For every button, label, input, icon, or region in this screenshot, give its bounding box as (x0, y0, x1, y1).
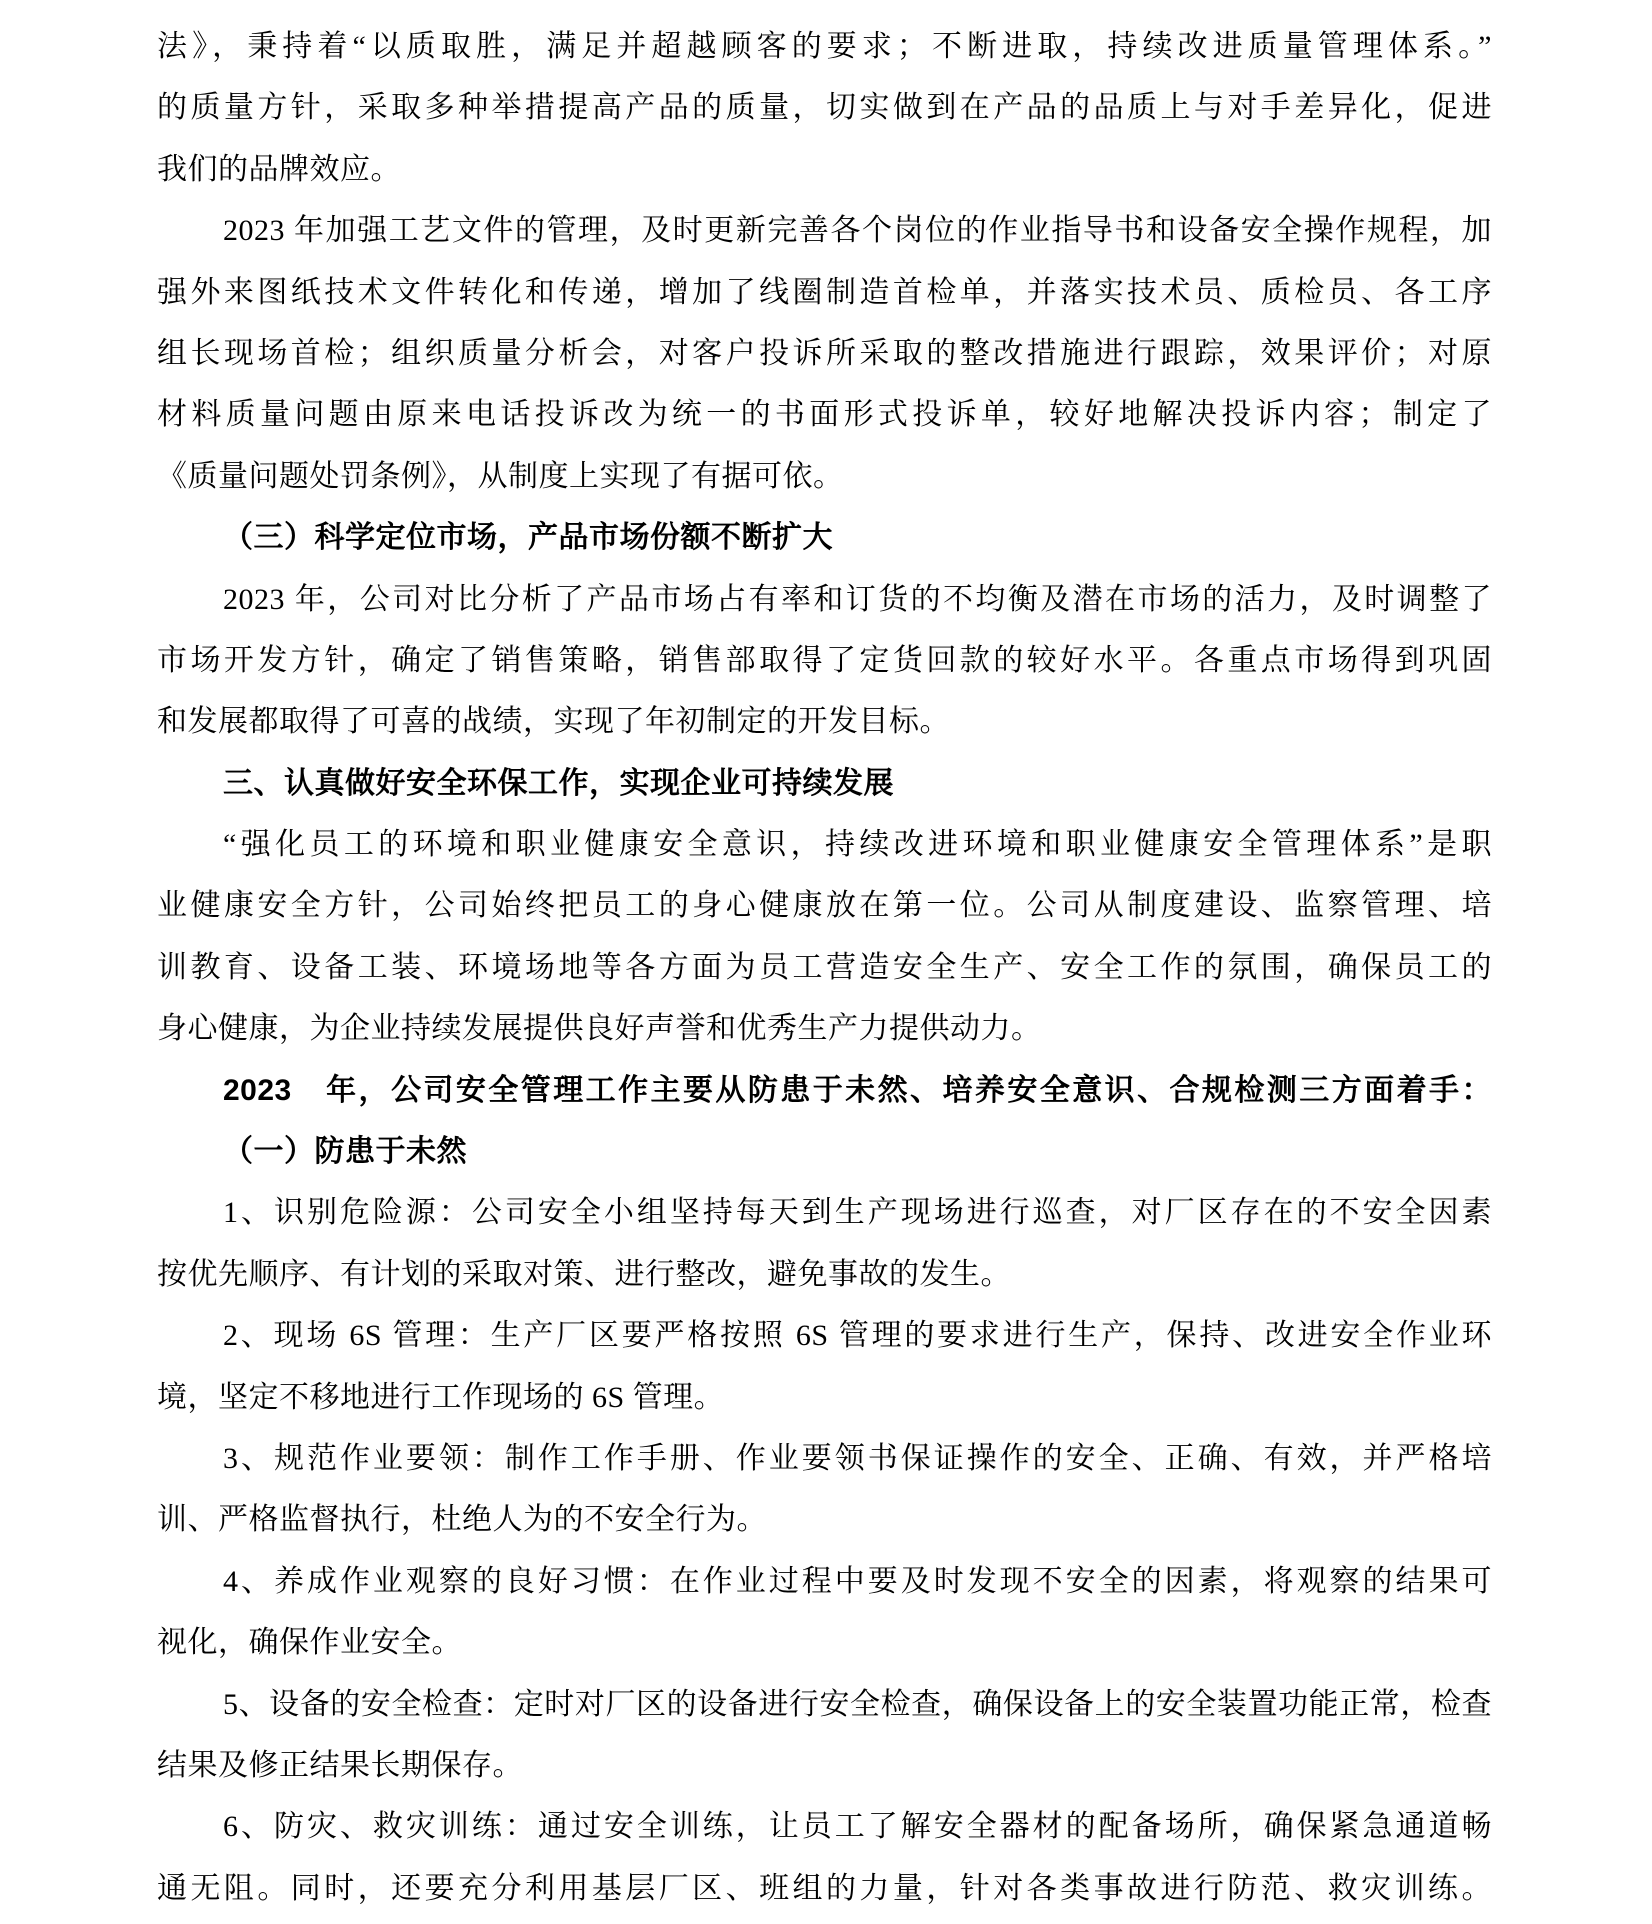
document-page: 法》，秉持着“以质取胜，满足并超越顾客的要求；不断进取，持续改进质量管理体系。”… (0, 0, 1652, 1924)
body-line: 训教育、设备工装、环境场地等各方面为员工营造安全生产、安全工作的氛围，确保员工的 (157, 937, 1492, 998)
body-line: 市场开发方针，确定了销售策略，销售部取得了定货回款的较好水平。各重点市场得到巩固 (157, 630, 1492, 691)
body-line: 视化，确保作业安全。 (157, 1612, 1492, 1673)
body-line: 境，坚定不移地进行工作现场的 6S 管理。 (157, 1367, 1492, 1428)
body-line: 3、规范作业要领：制作工作手册、作业要领书保证操作的安全、正确、有效，并严格培 (157, 1428, 1492, 1489)
body-line: 组长现场首检；组织质量分析会，对客户投诉所采取的整改措施进行跟踪，效果评价；对原 (157, 323, 1492, 384)
body-line: 按优先顺序、有计划的采取对策、进行整改，避免事故的发生。 (157, 1244, 1492, 1305)
body-line: 材料质量问题由原来电话投诉改为统一的书面形式投诉单，较好地解决投诉内容；制定了 (157, 384, 1492, 445)
body-line: 和发展都取得了可喜的战绩，实现了年初制定的开发目标。 (157, 691, 1492, 752)
body-line: “强化员工的环境和职业健康安全意识，持续改进环境和职业健康安全管理体系”是职 (157, 814, 1492, 875)
body-line: 强外来图纸技术文件转化和传递，增加了线圈制造首检单，并落实技术员、质检员、各工序 (157, 262, 1492, 323)
body-line: 2023 年，公司对比分析了产品市场占有率和订货的不均衡及潜在市场的活力，及时调… (157, 569, 1492, 630)
section-heading: （三）科学定位市场，产品市场份额不断扩大 (157, 507, 1492, 568)
body-line: 6、防灾、救灾训练：通过安全训练，让员工了解安全器材的配备场所，确保紧急通道畅 (157, 1796, 1492, 1857)
body-line: 4、养成作业观察的良好习惯：在作业过程中要及时发现不安全的因素，将观察的结果可 (157, 1551, 1492, 1612)
section-heading: （一）防患于未然 (157, 1121, 1492, 1182)
body-line: 法》，秉持着“以质取胜，满足并超越顾客的要求；不断进取，持续改进质量管理体系。” (157, 16, 1492, 77)
body-line: 身心健康，为企业持续发展提供良好声誉和优秀生产力提供动力。 (157, 998, 1492, 1059)
body-line: 2023 年加强工艺文件的管理，及时更新完善各个岗位的作业指导书和设备安全操作规… (157, 200, 1492, 261)
section-heading: 三、认真做好安全环保工作，实现企业可持续发展 (157, 753, 1492, 814)
body-line: 通无阻。同时，还要充分利用基层厂区、班组的力量，针对各类事故进行防范、救灾训练。 (157, 1858, 1492, 1919)
document-body: 法》，秉持着“以质取胜，满足并超越顾客的要求；不断进取，持续改进质量管理体系。”… (157, 16, 1492, 1919)
body-line: 我们的品牌效应。 (157, 139, 1492, 200)
section-heading: 2023 年，公司安全管理工作主要从防患于未然、培养安全意识、合规检测三方面着手… (157, 1060, 1492, 1121)
body-line: 训、严格监督执行，杜绝人为的不安全行为。 (157, 1489, 1492, 1550)
body-line: 结果及修正结果长期保存。 (157, 1735, 1492, 1796)
body-line: 2、现场 6S 管理：生产厂区要严格按照 6S 管理的要求进行生产，保持、改进安… (157, 1305, 1492, 1366)
body-line: 5、设备的安全检查：定时对厂区的设备进行安全检查，确保设备上的安全装置功能正常，… (157, 1674, 1492, 1735)
body-line: 《质量问题处罚条例》，从制度上实现了有据可依。 (157, 446, 1492, 507)
body-line: 业健康安全方针，公司始终把员工的身心健康放在第一位。公司从制度建设、监察管理、培 (157, 875, 1492, 936)
body-line: 1、识别危险源：公司安全小组坚持每天到生产现场进行巡查，对厂区存在的不安全因素 (157, 1182, 1492, 1243)
body-line: 的质量方针，采取多种举措提高产品的质量，切实做到在产品的品质上与对手差异化，促进 (157, 77, 1492, 138)
